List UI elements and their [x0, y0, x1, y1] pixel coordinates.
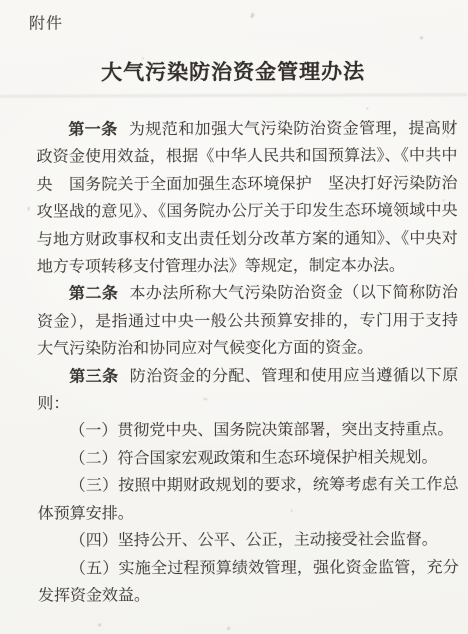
- scanner-artifact-line: [0, 93, 467, 98]
- paragraph-article-2: 第二条本办法所称大气污染防治资金（以下简称防治资金），是指通过中央一般公共预算安…: [37, 280, 458, 364]
- scan-speck: [420, 36, 423, 39]
- scan-speck: [142, 57, 144, 59]
- scan-speck: [366, 108, 368, 110]
- paragraph-text: 为规范和加强大气污染防治资金管理，提高财政资金使用效益，根据《中华人民共和国预算…: [36, 120, 457, 275]
- scan-speck: [98, 623, 101, 626]
- list-item-4: （四）坚持公开、公平、公正，主动接受社会监督。: [38, 526, 459, 555]
- paragraph-text: （四）坚持公开、公平、公正，主动接受社会监督。: [70, 531, 438, 549]
- document-body: 第一条为规范和加强大气污染防治资金管理，提高财政资金使用效益，根据《中华人民共和…: [36, 115, 459, 610]
- paragraph-text: （二）符合国家宏观政策和生态环境保护相关规划。: [69, 449, 437, 467]
- paragraph-article-1: 第一条为规范和加强大气污染防治资金管理，提高财政资金使用效益，根据《中华人民共和…: [36, 115, 458, 281]
- paragraph-text: （五）实施全过程预算绩效管理，强化资金监管，充分发挥资金效益。: [38, 559, 459, 605]
- attachment-label: 附件: [29, 14, 63, 36]
- scan-speck: [446, 135, 448, 137]
- scan-speck: [443, 199, 445, 201]
- article-number-label: 第三条: [69, 368, 118, 385]
- scan-speck: [291, 510, 293, 512]
- scan-speck: [227, 627, 230, 630]
- list-item-2: （二）符合国家宏观政策和生态环境保护相关规划。: [37, 444, 458, 473]
- article-number-label: 第一条: [68, 121, 117, 138]
- scan-speck: [250, 13, 255, 19]
- scanned-document-page: 附件 大气污染防治资金管理办法 第一条为规范和加强大气污染防治资金管理，提高财政…: [0, 0, 468, 634]
- list-item-1: （一）贯彻党中央、国务院决策部署，突出支持重点。: [37, 417, 458, 446]
- scan-speck: [203, 398, 207, 400]
- list-item-3: （三）按照中期财政规划的要求，统筹考虑有关工作总体预算安排。: [38, 471, 459, 527]
- document-title: 大气污染防治资金管理办法: [0, 57, 467, 87]
- scan-speck: [28, 207, 30, 211]
- list-item-5: （五）实施全过程预算绩效管理，强化资金监管，充分发挥资金效益。: [38, 554, 459, 610]
- paragraph-text: （三）按照中期财政规划的要求，统筹考虑有关工作总体预算安排。: [38, 476, 459, 522]
- paragraph-article-3: 第三条防治资金的分配、管理和使用应当遵循以下原则：: [37, 362, 458, 418]
- document-sheet: 附件 大气污染防治资金管理办法 第一条为规范和加强大气污染防治资金管理，提高财政…: [0, 0, 468, 634]
- paragraph-text: （一）贯彻党中央、国务院决策部署，突出支持重点。: [69, 422, 453, 440]
- article-number-label: 第二条: [69, 286, 118, 303]
